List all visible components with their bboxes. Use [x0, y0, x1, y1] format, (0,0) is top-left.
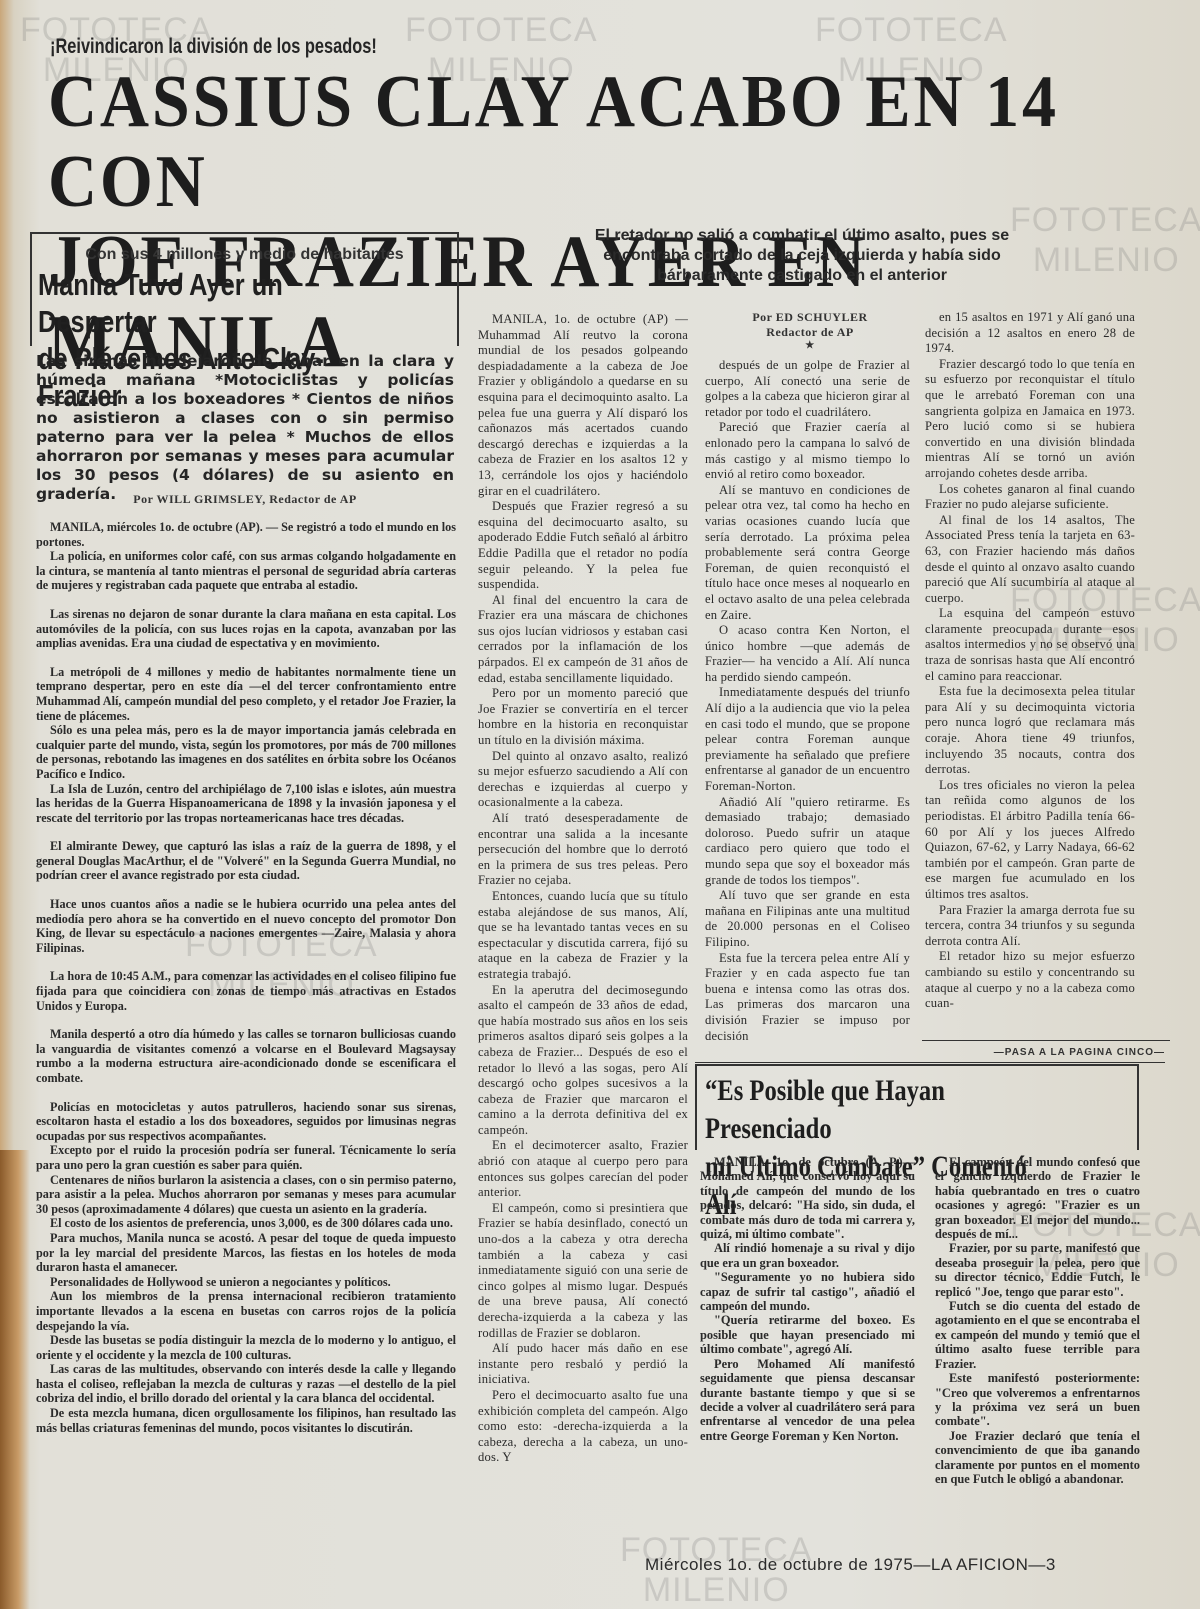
- paragraph: La metrópoli de 4 millones y medio de ha…: [36, 665, 456, 723]
- paragraph: Pero el decimocuarto asalto fue una exhi…: [478, 1388, 688, 1466]
- paragraph: En la aperutra del decimosegundo asalto …: [478, 983, 688, 1139]
- paragraph: Aun los miembros de la prensa internacio…: [36, 1289, 456, 1333]
- paragraph: Hace unos cuantos años a nadie se le hub…: [36, 897, 456, 955]
- paragraph: El almirante Dewey, que capturó las isla…: [36, 839, 456, 883]
- paragraph: Frazier descargó todo lo que tenía en su…: [925, 357, 1135, 482]
- star-icon: ★: [705, 340, 915, 351]
- divider-rule: [695, 1062, 1165, 1063]
- paragraph: La esquina del campeón estuvo claramente…: [925, 606, 1135, 684]
- quote-title-line-1: “Es Posible que Hayan Presenciado: [705, 1072, 1059, 1148]
- paragraph: Del quinto al onzavo asalto, realizó su …: [478, 749, 688, 811]
- paragraph: Policías en motocicletas y autos patrull…: [36, 1100, 456, 1144]
- paragraph: La Isla de Luzón, centro del archipiélag…: [36, 782, 456, 826]
- manila-story-byline: Por WILL GRIMSLEY, Redactor de AP: [36, 492, 454, 507]
- paragraph: Al final de los 14 asaltos, The Associat…: [925, 513, 1135, 607]
- paragraph: Excepto por el ruido la procesión podría…: [36, 1143, 456, 1172]
- paragraph: Joe Frazier declaró que tenía el convenc…: [935, 1429, 1140, 1487]
- paragraph: Frazier, por su parte, manifestó que des…: [935, 1241, 1140, 1299]
- paragraph: Inmediatamente después del triunfo Alí d…: [705, 685, 910, 794]
- paragraph: Esta fue la decimosexta pelea titular pa…: [925, 684, 1135, 778]
- quote-story-column-1: MANILA, 1o. de octubre (A. P.)—Mohamed A…: [700, 1155, 915, 1443]
- paragraph: Alí pudo hacer más daño en ese instante …: [478, 1341, 688, 1388]
- byline-author: Por ED SCHUYLER: [705, 310, 915, 325]
- main-story-deck: El retador no salió a combatir el último…: [582, 226, 1022, 286]
- paragraph: Pero por un momento pareció que Joe Fraz…: [478, 686, 688, 748]
- paragraph: Para muchos, Manila nunca se acostó. A p…: [36, 1231, 456, 1275]
- byline-role: Redactor de AP: [705, 325, 915, 340]
- paragraph: Añadió Alí "quiero retirarme. Es demasia…: [705, 795, 910, 889]
- paragraph: Este manifestó posteriormente: "Creo que…: [935, 1371, 1140, 1429]
- headline-line-1: CASSIUS CLAY ACABO EN 14 CON: [48, 62, 1060, 222]
- paragraph: Esta fue la tercera pelea entre Alí y Fr…: [705, 951, 910, 1045]
- manila-story-deck: Las sirenas no dejaron de sonar en la cl…: [36, 352, 454, 504]
- quote-story-headline-box: “Es Posible que Hayan Presenciado mi Ult…: [695, 1064, 1139, 1150]
- paragraph: Manila despertó a otro día húmedo y las …: [36, 1027, 456, 1085]
- paragraph: MANILA, miércoles 1o. de octubre (AP). —…: [36, 520, 456, 549]
- paragraph: Centenares de niños burlaron la asistenc…: [36, 1173, 456, 1217]
- main-story-column-1: MANILA, 1o. de octubre (AP) —Muhammad Al…: [478, 312, 688, 1466]
- paragraph: El costo de los asientos de preferencia,…: [36, 1216, 456, 1231]
- paragraph: El campeón del mundo confesó que el ganc…: [935, 1155, 1140, 1241]
- burned-edge: [0, 1150, 30, 1609]
- paragraph: El retador hizo su mejor esfuerzo cambia…: [925, 949, 1135, 1011]
- paragraph: Desde las busetas se podía distinguir la…: [36, 1333, 456, 1362]
- paragraph: "Quería retirarme del boxeo. Es posible …: [700, 1313, 915, 1356]
- paragraph: Sólo es una pelea más, pero es la de may…: [36, 723, 456, 781]
- quote-story-column-2: El campeón del mundo confesó que el ganc…: [935, 1155, 1140, 1486]
- newspaper-page: FOTOTECAMILENIO FOTOTECAMILENIO FOTOTECA…: [0, 0, 1200, 1609]
- paragraph: El campeón, como si presintiera que Fraz…: [478, 1201, 688, 1341]
- paragraph: MANILA, 1o. de octubre (A. P.)—Mohamed A…: [700, 1155, 915, 1241]
- paragraph: Futch se dio cuenta del estado de agotam…: [935, 1299, 1140, 1371]
- main-story-column-2: después de un golpe de Frazier al cuerpo…: [705, 358, 910, 1044]
- manila-story-headline-box: Con sus 4 millones y medio de habitantes…: [30, 232, 459, 346]
- paragraph: En el decimotercer asalto, Frazier abrió…: [478, 1138, 688, 1200]
- paragraph: Pero Mohamed Alí manifestó seguidamente …: [700, 1357, 915, 1443]
- watermark-text: FOTOTECA: [815, 10, 1008, 50]
- paragraph: Alí se mantuvo en condiciones de pelear …: [705, 483, 910, 623]
- continued-notice: —PASA A LA PAGINA CINCO—: [935, 1047, 1165, 1058]
- paragraph: O acaso contra Ken Norton, el único homb…: [705, 623, 910, 685]
- manila-story-kicker: Con sus 4 millones y medio de habitantes: [32, 246, 457, 264]
- watermark-text: FOTOTECA: [405, 10, 598, 50]
- paragraph: La policía, en uniformes color café, con…: [36, 549, 456, 593]
- paragraph: La hora de 10:45 A.M., para comenzar las…: [36, 969, 456, 1013]
- divider-rule: [922, 1040, 1170, 1041]
- manila-title-line-1: Manila Tuvo Ayer un Despertar: [38, 266, 382, 340]
- paragraph: Alí tuvo que ser grande en esta mañana e…: [705, 888, 910, 950]
- paragraph: Los cohetes ganaron al final cuando Fraz…: [925, 482, 1135, 513]
- main-story-byline: Por ED SCHUYLER Redactor de AP ★: [705, 310, 915, 351]
- headline-kicker: ¡Reivindicaron la división de los pesado…: [50, 35, 377, 59]
- main-story-column-3: en 15 asaltos en 1971 y Alí ganó una dec…: [925, 310, 1135, 1012]
- paragraph: Alí rindió homenaje a su rival y dijo qu…: [700, 1241, 915, 1270]
- paragraph: después de un golpe de Frazier al cuerpo…: [705, 358, 910, 420]
- paragraph: en 15 asaltos en 1971 y Alí ganó una dec…: [925, 310, 1135, 357]
- watermark-text: MILENIO: [620, 1570, 813, 1609]
- manila-story-body: MANILA, miércoles 1o. de octubre (AP). —…: [36, 520, 456, 1435]
- paragraph: Los tres oficiales no vieron la pelea ta…: [925, 778, 1135, 903]
- paragraph: Alí trató desesperadamente de encontrar …: [478, 811, 688, 889]
- paragraph: Para Frazier la amarga derrota fue su te…: [925, 903, 1135, 950]
- paragraph: Entonces, cuando lucía que su título est…: [478, 889, 688, 983]
- paragraph: "Seguramente yo no hubiera sido capaz de…: [700, 1270, 915, 1313]
- page-footer: Miércoles 1o. de octubre de 1975—LA AFIC…: [645, 1555, 1056, 1575]
- paragraph: Las caras de las multitudes, observando …: [36, 1362, 456, 1406]
- paragraph: De esta mezcla humana, dicen orgullosame…: [36, 1406, 456, 1435]
- paragraph: MANILA, 1o. de octubre (AP) —Muhammad Al…: [478, 312, 688, 499]
- paragraph: Después que Frazier regresó a su esquina…: [478, 499, 688, 593]
- paragraph: Al final del encuentro la cara de Frazie…: [478, 593, 688, 687]
- paragraph: Pareció que Frazier caería al enlonado p…: [705, 420, 910, 482]
- paragraph: Las sirenas no dejaron de sonar durante …: [36, 607, 456, 651]
- paragraph: Personalidades de Hollywood se unieron a…: [36, 1275, 456, 1290]
